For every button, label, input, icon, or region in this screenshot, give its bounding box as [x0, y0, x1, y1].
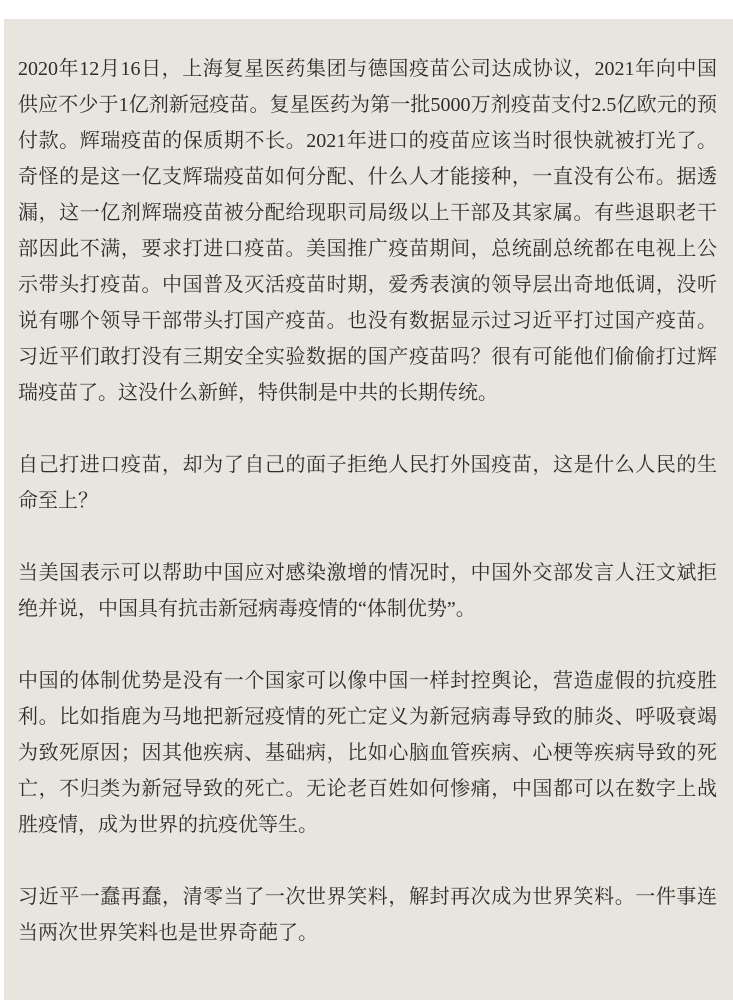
article-paragraph-5: 习近平一蠢再蠢，清零当了一次世界笑料，解封再次成为世界笑料。一件事连当两次世界笑…	[18, 879, 717, 951]
article-paragraph-4: 中国的体制优势是没有一个国家可以像中国一样封控舆论，营造虚假的抗疫胜利。比如指鹿…	[18, 663, 717, 843]
document-page: 2020年12月16日，上海复星医药集团与德国疫苗公司达成协议，2021年向中国…	[4, 19, 733, 1000]
article-paragraph-2: 自己打进口疫苗，却为了自己的面子拒绝人民打外国疫苗，这是什么人民的生命至上？	[18, 447, 717, 519]
article-paragraph-3: 当美国表示可以帮助中国应对感染激增的情况时，中国外交部发言人汪文斌拒绝并说，中国…	[18, 555, 717, 627]
page-margin-top	[0, 0, 733, 19]
article-paragraph-1: 2020年12月16日，上海复星医药集团与德国疫苗公司达成协议，2021年向中国…	[18, 51, 717, 411]
article-body: 2020年12月16日，上海复星医药集团与德国疫苗公司达成协议，2021年向中国…	[4, 19, 733, 951]
